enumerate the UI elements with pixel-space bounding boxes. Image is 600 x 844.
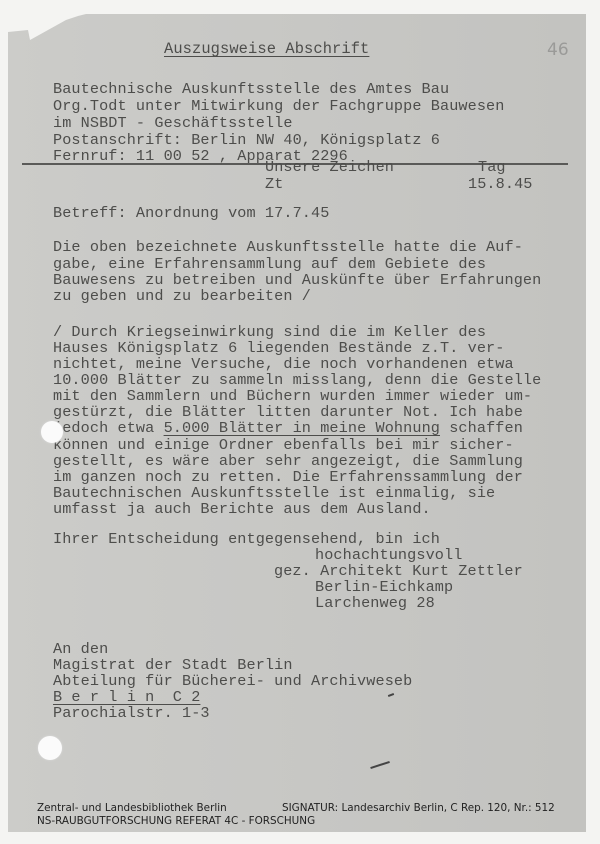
reference-label: Unsere Zeichen <box>265 158 394 176</box>
letterhead-line: im NSBDT - Geschäftsstelle <box>53 114 293 132</box>
text-line: Die oben bezeichnete Auskunftsstelle hat… <box>53 238 523 256</box>
page-number: 46 <box>547 40 569 60</box>
date-label: Tag <box>478 158 506 176</box>
reference-value: Zt <box>265 175 283 193</box>
text-line: zu geben und zu bearbeiten / <box>53 287 311 305</box>
text-line: umfasst ja auch Berichte aus dem Ausland… <box>53 500 431 518</box>
text-fragment: jedoch etwa <box>53 419 164 437</box>
letterhead-line: Bautechnische Auskunftsstelle des Amtes … <box>53 80 449 98</box>
footer-signature: SIGNATUR: Landesarchiv Berlin, C Rep. 12… <box>282 802 555 814</box>
text-fragment: schaffen <box>440 419 523 437</box>
footer-library: Zentral- und Landesbibliothek Berlin <box>37 802 227 814</box>
punch-hole <box>38 736 62 760</box>
punch-hole <box>41 421 63 443</box>
document-title: Auszugsweise Abschrift <box>164 40 369 58</box>
address-line: Parochialstr. 1-3 <box>53 704 210 722</box>
letterhead-line: Org.Todt unter Mitwirkung der Fachgruppe… <box>53 97 505 115</box>
text-line: jedoch etwa 5.000 Blätter in meine Wohnu… <box>53 419 523 437</box>
sender-street: Larchenweg 28 <box>315 594 435 612</box>
subject-line: Betreff: Anordnung vom 17.7.45 <box>53 204 329 222</box>
underlined-phrase: 5.000 Blätter in meine Wohnung <box>164 419 440 437</box>
date-value: 15.8.45 <box>468 175 533 193</box>
footer-department: NS-RAUBGUTFORSCHUNG REFERAT 4C - FORSCHU… <box>37 815 315 827</box>
